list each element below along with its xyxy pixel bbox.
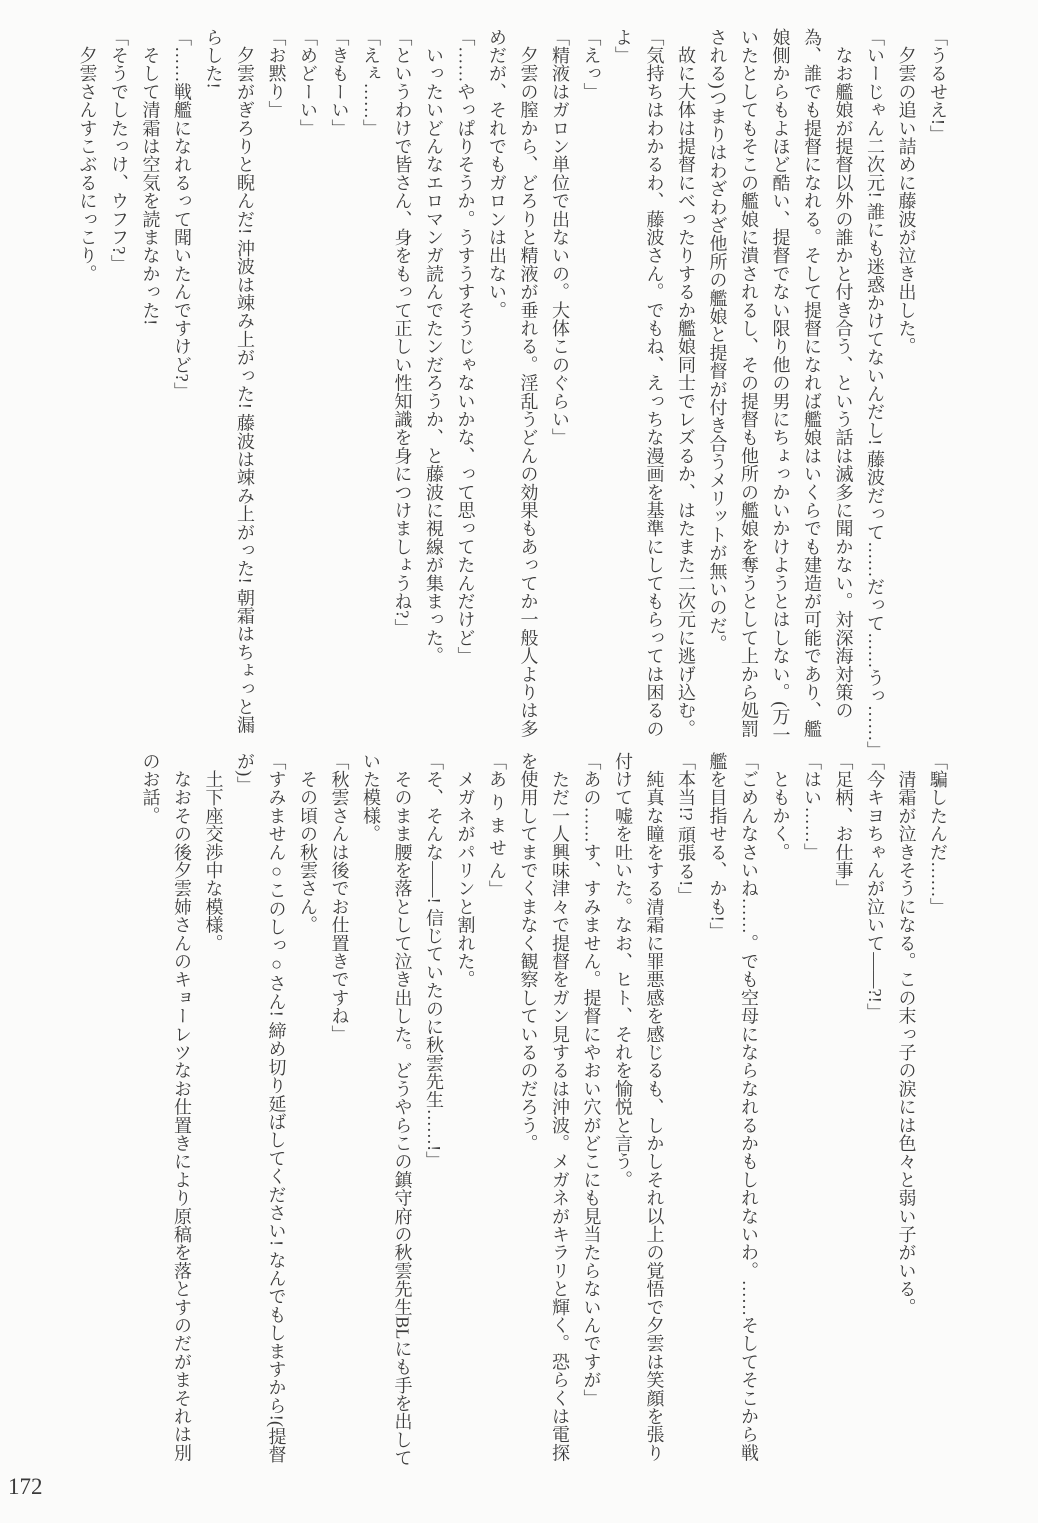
paragraph: なおその後夕雲姉さんのキョーレツなお仕置きにより原稿を落とすのだがまそれは別のお…: [134, 752, 197, 1476]
paragraph: 「騙したんだ……」: [922, 752, 954, 1476]
paragraph: 「今キヨちゃんが泣いて——?!」: [859, 752, 891, 1476]
book-page: 「うるせえ!」 夕雲の追い詰めに藤波が泣き出した。「いーじゃん二次元! 誰にも迷…: [0, 0, 1038, 1523]
paragraph: 「はい……」: [796, 752, 828, 1476]
paragraph: いったいどんなエロマンガ読んでたンだろうか、と藤波に視線が集まった。: [418, 28, 450, 752]
paragraph: 土下座交渉中な模様。: [197, 752, 229, 1476]
paragraph: 「ごめんなさいね……。でも空母にならなれるかもしれないわ。……そしてそこから戦艦…: [701, 752, 764, 1476]
paragraph: 「そ、そんな——! 信じていたのに秋雲先生……!」: [418, 752, 450, 1476]
paragraph: 「足柄、お仕事」: [827, 752, 859, 1476]
paragraph: なお艦娘が提督以外の誰かと付き合う、という話は滅多に聞かない。対深海対策の為、誰…: [701, 28, 859, 752]
paragraph: 「お黙り」: [260, 28, 292, 752]
paragraph: 「……戦艦になれるって聞いたんですけど?」: [166, 28, 198, 752]
paragraph: ともかく。: [764, 752, 796, 1476]
paragraph: 「気持ちはわかるわ、藤波さん。でもね、えっちな漫画を基準にしてもらっては困るのよ…: [607, 28, 670, 752]
paragraph: 夕雲がぎろりと睨んだ! 沖波は竦み上がった! 藤波は竦み上がった! 朝霜はちょっ…: [197, 28, 260, 752]
paragraph: 「えぇ……」: [355, 28, 387, 752]
paragraph: 「……やっぱりそうか。うすうすそうじゃないかな、って思ってたんだけど」: [449, 28, 481, 752]
paragraph: 純真な瞳をする清霜に罪悪感を感じるも、しかしそれ以上の覚悟で夕雲は笑顔を張り付け…: [607, 752, 670, 1476]
paragraph: メガネがパリンと割れた。: [449, 752, 481, 1476]
paragraph: 夕雲さんすこぶるにっこり。: [71, 28, 103, 752]
paragraph: 「あの……す、すみません。提督にやおい穴がどこにも見当たらないんですが」: [575, 752, 607, 1476]
paragraph: 「うるせえ!」: [922, 28, 954, 752]
paragraph: 「すみません○このしっ○さん! 締め切り延ばしてください! なんでもしますから!…: [229, 752, 292, 1476]
paragraph: 夕雲の膣から、どろりと精液が垂れる。淫乱うどんの効果もあってか一般人よりは多めだ…: [481, 28, 544, 752]
paragraph: その頃の秋雲さん。: [292, 752, 324, 1476]
text-block-top: 「うるせえ!」 夕雲の追い詰めに藤波が泣き出した。「いーじゃん二次元! 誰にも迷…: [71, 28, 953, 752]
paragraph: 「あ り ま せ ん」: [481, 752, 513, 1476]
paragraph: 「精液はガロン単位で出ないの。大体このぐらい」: [544, 28, 576, 752]
paragraph: 「めどーい」: [292, 28, 324, 752]
paragraph: 「きもーい」: [323, 28, 355, 752]
paragraph: ただ一人興味津々で提督をガン見するは沖波。メガネがキラリと輝く。恐らくは電探を使…: [512, 752, 575, 1476]
text-block-bottom: 「騙したんだ……」 清霜が泣きそうになる。この末っ子の涙には色々と弱い子がいる。…: [134, 752, 953, 1476]
paragraph: 「えっ」: [575, 28, 607, 752]
paragraph: 「というわけで皆さん、身をもって正しい性知識を身につけましょうね?」: [386, 28, 418, 752]
paragraph: 「秋雲さんは後でお仕置きですね」: [323, 752, 355, 1476]
paragraph: 「そうでしたっけ、ウフフ?」: [103, 28, 135, 752]
paragraph: そして清霜は空気を読まなかった!: [134, 28, 166, 752]
paragraph: そのまま腰を落として泣き出した。どうやらこの鎮守府の秋雲先生BLにも手を出してい…: [355, 752, 418, 1476]
paragraph: 故に大体は提督にべったりするか艦娘同士でレズるか、はたまた二次元に逃げ込む。: [670, 28, 702, 752]
paragraph: 「いーじゃん二次元! 誰にも迷惑かけてないんだし! 藤波だって……だって……うっ…: [859, 28, 891, 752]
paragraph: 清霜が泣きそうになる。この末っ子の涙には色々と弱い子がいる。: [890, 752, 922, 1476]
paragraph: 「本当!? 頑張る!」: [670, 752, 702, 1476]
page-number: 172: [8, 1474, 43, 1500]
paragraph: 夕雲の追い詰めに藤波が泣き出した。: [890, 28, 922, 752]
